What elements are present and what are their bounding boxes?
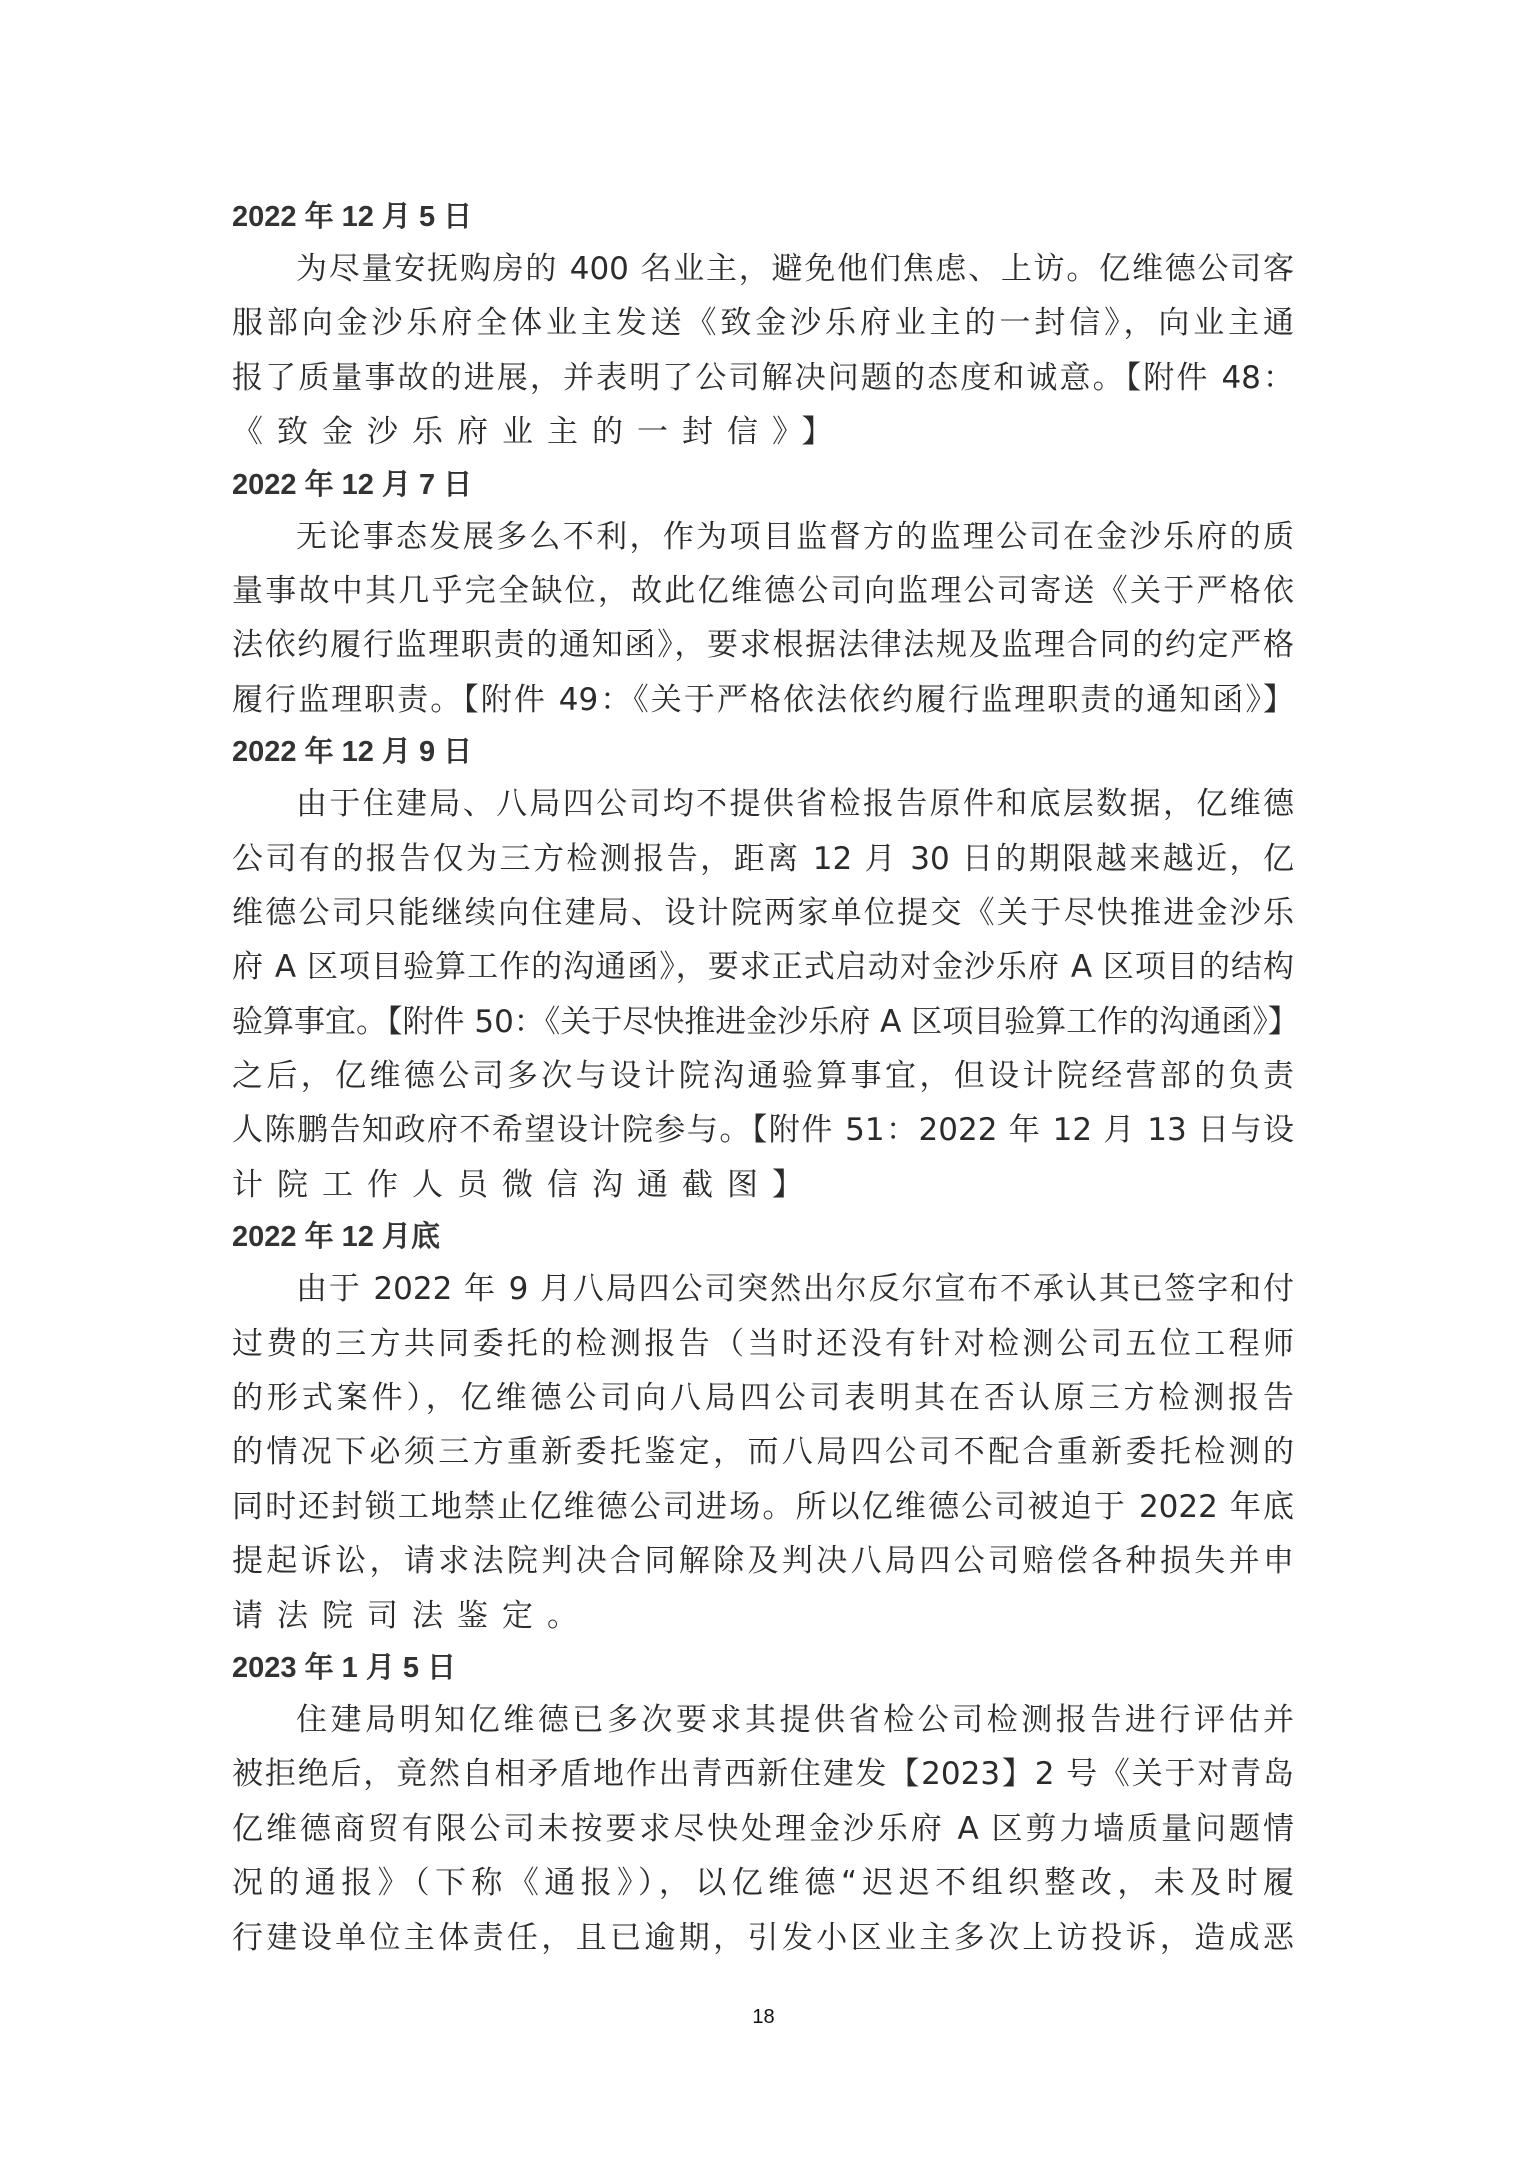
timeline-entry: 2022 年 12 月底 由于 2022 年 9 月八局四公司突然出尔反尔宣布不… bbox=[232, 1212, 1294, 1643]
paragraph-line: 府 A 区项目验算工作的沟通函》，要求正式启动对金沙乐府 A 区项目的结构 bbox=[232, 940, 1294, 994]
timeline-entry: 2022 年 12 月 7 日 无论事态发展多么不利，作为项目监督方的监理公司在… bbox=[232, 460, 1294, 728]
document-page: 2022 年 12 月 5 日 为尽量安抚购房的 400 名业主，避免他们焦虑、… bbox=[0, 0, 1527, 2160]
timeline-entry: 2022 年 12 月 5 日 为尽量安抚购房的 400 名业主，避免他们焦虑、… bbox=[232, 192, 1294, 460]
entry-date-heading: 2022 年 12 月 9 日 bbox=[232, 727, 1294, 777]
paragraph-line: 人陈鹏告知政府不希望设计院参与。【附件 51：2022 年 12 月 13 日与… bbox=[232, 1103, 1294, 1157]
paragraph-line: 维德公司只能继续向住建局、设计院两家单位提交《关于尽快推进金沙乐 bbox=[232, 886, 1294, 940]
paragraph-line: 被拒绝后，竟然自相矛盾地作出青西新住建发【2023】2 号《关于对青岛 bbox=[232, 1747, 1294, 1801]
paragraph-line: 过费的三方共同委托的检测报告（当时还没有针对检测公司五位工程师 bbox=[232, 1317, 1294, 1371]
paragraph-line: 无论事态发展多么不利，作为项目监督方的监理公司在金沙乐府的质 bbox=[232, 510, 1294, 564]
timeline-entry: 2023 年 1 月 5 日 住建局明知亿维德已多次要求其提供省检公司检测报告进… bbox=[232, 1643, 1294, 1965]
paragraph-line: 行建设单位主体责任，且已逾期，引发小区业主多次上访投诉，造成恶 bbox=[232, 1911, 1294, 1965]
paragraph-line: 计院工作人员微信沟通截图】 bbox=[232, 1158, 1294, 1212]
paragraph-line: 同时还封锁工地禁止亿维德公司进场。所以亿维德公司被迫于 2022 年底 bbox=[232, 1480, 1294, 1534]
paragraph-line: 的情况下必须三方重新委托鉴定，而八局四公司不配合重新委托检测的 bbox=[232, 1425, 1294, 1479]
paragraph-line: 亿维德商贸有限公司未按要求尽快处理金沙乐府 A 区剪力墙质量问题情 bbox=[232, 1802, 1294, 1856]
paragraph-line: 履行监理职责。【附件 49：《关于严格依法依约履行监理职责的通知函》】 bbox=[232, 673, 1294, 727]
paragraph-line: 况的通报》（下称《通报》），以亿维德“迟迟不组织整改，未及时履 bbox=[232, 1856, 1294, 1910]
document-body: 2022 年 12 月 5 日 为尽量安抚购房的 400 名业主，避免他们焦虑、… bbox=[232, 192, 1294, 1965]
paragraph-line: 之后，亿维德公司多次与设计院沟通验算事宜，但设计院经营部的负责 bbox=[232, 1049, 1294, 1103]
paragraph-line: 由于 2022 年 9 月八局四公司突然出尔反尔宣布不承认其已签字和付 bbox=[232, 1262, 1294, 1316]
paragraph-line: 《致金沙乐府业主的一封信》】 bbox=[232, 405, 1294, 459]
paragraph-line: 的形式案件），亿维德公司向八局四公司表明其在否认原三方检测报告 bbox=[232, 1371, 1294, 1425]
paragraph-line: 提起诉讼，请求法院判决合同解除及判决八局四公司赔偿各种损失并申 bbox=[232, 1534, 1294, 1588]
paragraph-line: 为尽量安抚购房的 400 名业主，避免他们焦虑、上访。亿维德公司客 bbox=[232, 242, 1294, 296]
paragraph-line: 量事故中其几乎完全缺位，故此亿维德公司向监理公司寄送《关于严格依 bbox=[232, 564, 1294, 618]
timeline-entry: 2022 年 12 月 9 日 由于住建局、八局四公司均不提供省检报告原件和底层… bbox=[232, 727, 1294, 1212]
paragraph-line: 服部向金沙乐府全体业主发送《致金沙乐府业主的一封信》，向业主通 bbox=[232, 296, 1294, 350]
paragraph-line: 请法院司法鉴定。 bbox=[232, 1589, 1294, 1643]
paragraph-line: 验算事宜。【附件 50：《关于尽快推进金沙乐府 A 区项目验算工作的沟通函》】 bbox=[232, 995, 1294, 1049]
paragraph-line: 法依约履行监理职责的通知函》，要求根据法律法规及监理合同的约定严格 bbox=[232, 618, 1294, 672]
paragraph-line: 住建局明知亿维德已多次要求其提供省检公司检测报告进行评估并 bbox=[232, 1693, 1294, 1747]
entry-date-heading: 2022 年 12 月 5 日 bbox=[232, 192, 1294, 242]
entry-date-heading: 2022 年 12 月 7 日 bbox=[232, 460, 1294, 510]
page-number: 18 bbox=[0, 2006, 1527, 2029]
entry-date-heading: 2022 年 12 月底 bbox=[232, 1212, 1294, 1262]
paragraph-line: 报了质量事故的进展，并表明了公司解决问题的态度和诚意。【附件 48： bbox=[232, 351, 1294, 405]
entry-date-heading: 2023 年 1 月 5 日 bbox=[232, 1643, 1294, 1693]
paragraph-line: 公司有的报告仅为三方检测报告，距离 12 月 30 日的期限越来越近，亿 bbox=[232, 832, 1294, 886]
paragraph-line: 由于住建局、八局四公司均不提供省检报告原件和底层数据，亿维德 bbox=[232, 777, 1294, 831]
